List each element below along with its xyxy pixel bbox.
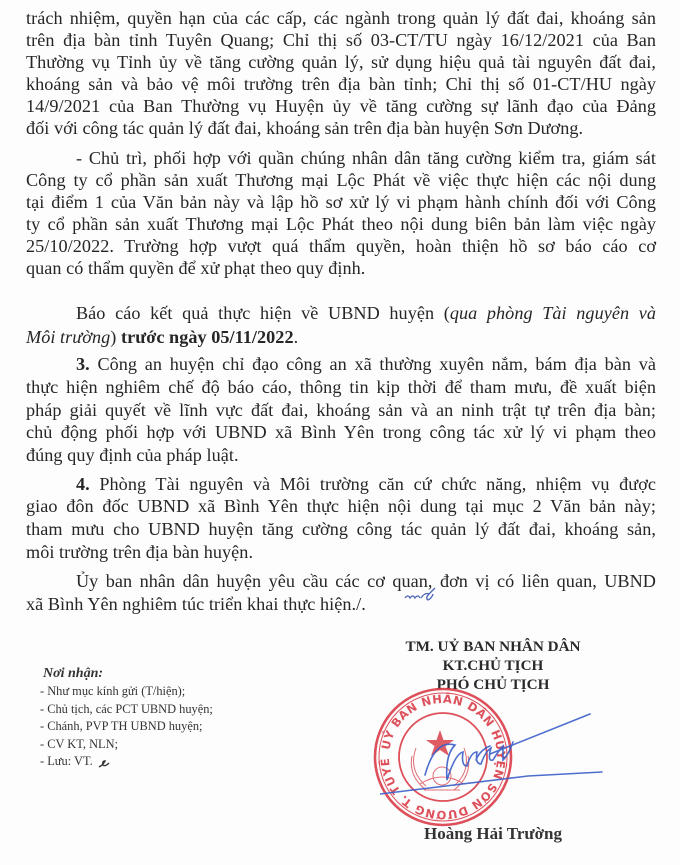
recipient-item: - CV KT, NLN; bbox=[40, 736, 340, 754]
recipient-item: - Chủ tịch, các PCT UBND huyện; bbox=[40, 701, 340, 719]
report-italic-text: qua phòng Tài nguyên và bbox=[450, 303, 656, 323]
report-text: Báo cáo kết quả thực hiện về UBND huyện … bbox=[76, 303, 450, 323]
recipient-item: - Như mục kính gửi (T/hiện); bbox=[40, 683, 340, 701]
text-line: xã Bình Yên nghiêm túc triển khai thực h… bbox=[26, 593, 656, 615]
section-number: 4. bbox=[76, 474, 99, 494]
report-text-mid: ) bbox=[110, 327, 121, 347]
text-line: Công ty cổ phần sản xuất Thương mại Lộc … bbox=[26, 169, 656, 191]
recipient-item: - Lưu: VT. bbox=[40, 753, 340, 771]
text-line: giao đôn đốc UBND xã Bình Yên thực hiện … bbox=[26, 495, 656, 517]
text-line: 25/10/2022. Trường hợp vượt quá thẩm quy… bbox=[26, 235, 656, 257]
text-line: 14/9/2021 của Ban Thường vụ Huyện ủy về … bbox=[26, 95, 656, 117]
text-line: đúng quy định của pháp luật. bbox=[26, 444, 656, 466]
text-line: ty cổ phần sản xuất Thương mại Lộc Phát … bbox=[26, 213, 656, 235]
report-line-1: Báo cáo kết quả thực hiện về UBND huyện … bbox=[76, 302, 656, 324]
report-text-end: . bbox=[294, 327, 299, 347]
text-line: Thường vụ Tỉnh ủy về tăng cường quản lý,… bbox=[26, 51, 656, 73]
text-line: khoáng sản và bảo vệ môi trường trên địa… bbox=[26, 73, 656, 95]
text-line: quan có thẩm quyền để xử phạt theo quy đ… bbox=[26, 257, 656, 279]
text-line: đối với công tác quản lý đất đai, khoáng… bbox=[26, 117, 656, 139]
signature-role-1: KT.CHỦ TỊCH bbox=[380, 656, 606, 675]
recipient-item: - Chánh, PVP TH UBND huyện; bbox=[40, 718, 340, 736]
text-line: Ủy ban nhân dân huyện yêu cầu các cơ qua… bbox=[76, 570, 656, 592]
document-page: trách nhiệm, quyền hạn của các cấp, các … bbox=[0, 0, 680, 865]
text-line: 4. Phòng Tài nguyên và Môi trường căn cứ… bbox=[76, 473, 656, 495]
signer-name: Hoàng Hải Trường bbox=[380, 824, 606, 844]
recipients-heading: Nơi nhận: bbox=[40, 664, 340, 683]
recipients-list: - Như mục kính gửi (T/hiện);- Chủ tịch, … bbox=[40, 683, 340, 771]
text-line: môi trường trên địa bàn huyện. bbox=[26, 541, 656, 563]
paraph-initial-icon bbox=[403, 586, 439, 604]
text-line: thực hiện nghiêm chế độ báo cáo, thông t… bbox=[26, 376, 656, 398]
section-number: 3. bbox=[76, 354, 97, 374]
text-line: pháp giải quyết về lĩnh vực đất đai, kho… bbox=[26, 399, 656, 421]
text-line: tham mưu cho UBND huyện tăng cường công … bbox=[26, 518, 656, 540]
text-line: - Chủ trì, phối hợp với quần chúng nhân … bbox=[76, 147, 656, 169]
report-line-2: Môi trường) trước ngày 05/11/2022. bbox=[26, 326, 656, 348]
text-line: chủ động phối hợp với UBND xã Bình Yên t… bbox=[26, 421, 656, 443]
initial-mark-icon bbox=[97, 757, 111, 769]
signature-org: TM. UỶ BAN NHÂN DÂN bbox=[380, 637, 606, 656]
official-seal-icon: UỶ BAN NHÂN DÂN HUYỆN SƠN DƯƠNG T. TUYÊN… bbox=[372, 686, 514, 828]
text-line: trên địa bàn tỉnh Tuyên Quang; Chỉ thị s… bbox=[26, 29, 656, 51]
text-line: tại điểm 1 của Văn bản này và lập hồ sơ … bbox=[26, 191, 656, 213]
report-italic-text-2: Môi trường bbox=[26, 327, 110, 347]
report-deadline: trước ngày 05/11/2022 bbox=[121, 327, 294, 347]
text-line: 3. Công an huyện chỉ đạo công an xã thườ… bbox=[76, 353, 656, 375]
recipients-section: Nơi nhận: - Như mục kính gửi (T/hiện);- … bbox=[40, 664, 340, 771]
text-line: trách nhiệm, quyền hạn của các cấp, các … bbox=[26, 7, 656, 29]
